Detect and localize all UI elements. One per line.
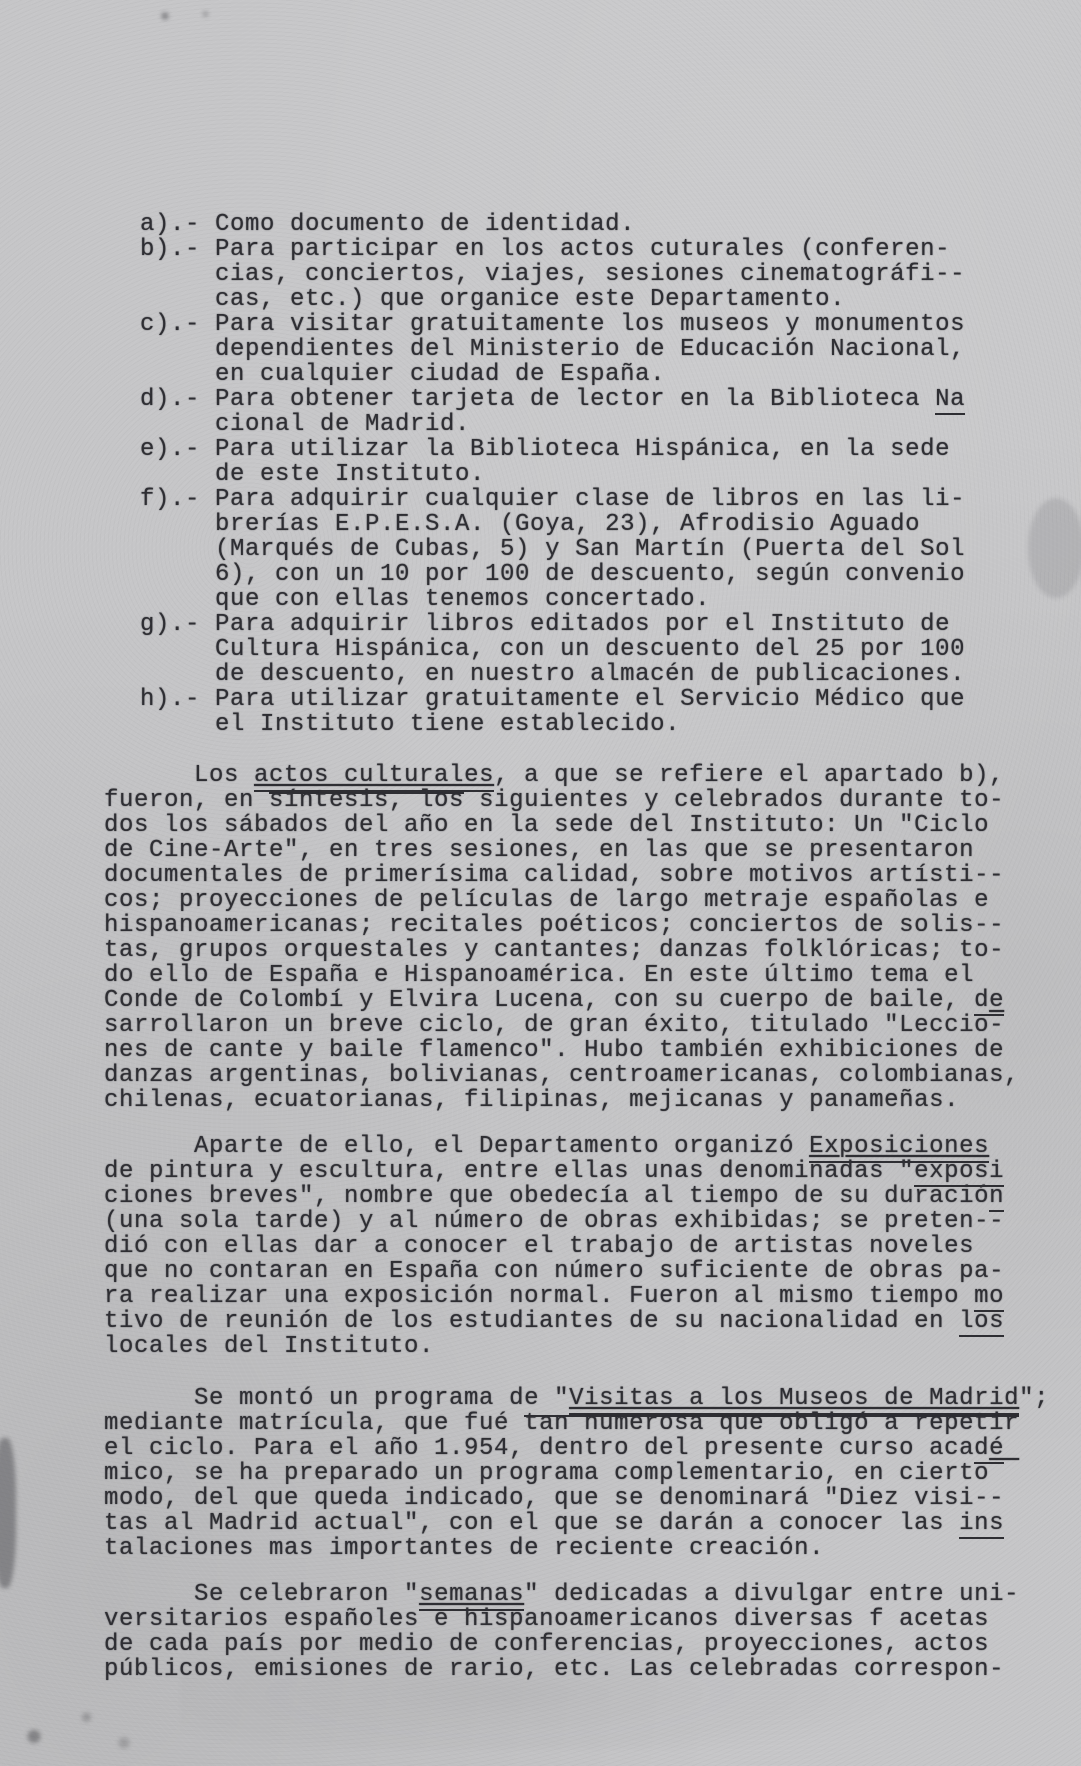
text-line: mico, se ha preparado un programa comple… <box>104 1461 1081 1486</box>
text-segment: el Instituto tiene establecido. <box>140 711 680 738</box>
text-segment: modo, del que queda indicado, que se den… <box>104 1485 1004 1512</box>
marked-text: tan numerosa que obligó a repetir <box>524 1410 1019 1437</box>
text-segment: tas, grupos orquestales y cantantes; dan… <box>104 937 1004 964</box>
text-line: Conde de Colombí y Elvira Lucena, con su… <box>104 988 1081 1013</box>
text-line: públicos, emisiones de rario, etc. Las c… <box>104 1657 1081 1682</box>
text-line: dos los sábados del año en la sede del I… <box>104 813 1081 838</box>
text-line: de pintura y escultura, entre ellas unas… <box>104 1159 1081 1184</box>
text-segment: Se celebraron " <box>104 1581 419 1608</box>
text-line: en cualquier ciudad de España. <box>140 362 1081 387</box>
text-line: Cultura Hispánica, con un descuento del … <box>140 637 1081 662</box>
text-line: que con ellas tenemos concertado. <box>140 587 1081 612</box>
text-segment: de Cine-Arte", en tres sesiones, en las … <box>104 837 974 864</box>
text-line: de este Instituto. <box>140 462 1081 487</box>
text-line: g).- Para adquirir libros editados por e… <box>140 612 1081 637</box>
text-segment: de este Instituto. <box>140 461 485 488</box>
text-segment: (una sola tarde) y al número de obras ex… <box>104 1208 1004 1235</box>
text-line: cas, etc.) que organice este Departament… <box>140 287 1081 312</box>
text-line: el Instituto tiene establecido. <box>140 712 1081 737</box>
text-segment: talaciones mas importantes de reciente c… <box>104 1535 824 1562</box>
text-line: de descuento, en nuestro almacén de publ… <box>140 662 1081 687</box>
text-segment: " dedicadas a divulgar entre uni- <box>524 1581 1019 1608</box>
text-line: cional de Madrid. <box>140 412 1081 437</box>
text-segment: el ciclo. Para el año 1.954, dentro del … <box>104 1435 974 1462</box>
text-segment: cional de Madrid. <box>140 411 470 438</box>
text-segment: e).- Para utilizar la Biblioteca Hispáni… <box>140 436 950 463</box>
text-segment: cas, etc.) que organice este Departament… <box>140 286 845 313</box>
paragraph-exposiciones: Aparte de ello, el Departamento organizó… <box>104 1134 1081 1359</box>
text-segment: d).- Para obtener tarjeta de lector en l… <box>140 386 935 413</box>
text-segment: fueron, en <box>104 787 269 814</box>
text-line: el ciclo. Para el año 1.954, dentro del … <box>104 1436 1081 1461</box>
text-segment: 6), con un 10 por 100 de descuento, segú… <box>140 561 965 588</box>
text-segment: cias, conciertos, viajes, sesiones cinem… <box>140 261 965 288</box>
text-line: do ello de España e Hispanoamérica. En e… <box>104 963 1081 988</box>
text-segment: Conde de Colombí y Elvira Lucena, con su… <box>104 987 974 1014</box>
text-line: chilenas, ecuatorianas, filipinas, mejic… <box>104 1088 1081 1113</box>
text-line: Los actos culturales, a que se refiere e… <box>104 763 1081 788</box>
text-line: tas al Madrid actual", con el que se dar… <box>104 1511 1081 1536</box>
text-segment: Los <box>104 762 254 789</box>
text-segment: tas al Madrid actual", con el que se dar… <box>104 1510 959 1537</box>
text-segment: sarrollaron un breve ciclo, de gran éxit… <box>104 1012 989 1039</box>
text-segment: hispanoamericanas; recitales poéticos; c… <box>104 912 1004 939</box>
text-segment: ciones breves", nombre que obedecía al t… <box>104 1183 989 1210</box>
text-line: (una sola tarde) y al número de obras ex… <box>104 1209 1081 1234</box>
text-segment: brerías E.P.E.S.A. (Goya, 23), Afrodisio… <box>140 511 920 538</box>
text-segment: dos los sábados del año en la sede del I… <box>104 812 989 839</box>
marked-text: Na <box>935 386 965 415</box>
text-line: fueron, en síntesis, los siguientes y ce… <box>104 788 1081 813</box>
text-segment: Se montó un programa de " <box>104 1385 569 1412</box>
text-segment: tivo de reunión de los estudiantes de su… <box>104 1308 959 1335</box>
text-segment: en cualquier ciudad de España. <box>140 361 665 388</box>
text-line: danzas argentinas, bolivianas, centroame… <box>104 1063 1081 1088</box>
text-segment: danzas argentinas, bolivianas, centroame… <box>104 1062 1019 1089</box>
text-segment: ra realizar una exposición normal. Fuero… <box>104 1283 974 1310</box>
marked-text: - <box>989 1012 1004 1039</box>
text-segment: de descuento, en nuestro almacén de publ… <box>140 661 965 688</box>
paragraph-semanas: Se celebraron "semanas" dedicadas a divu… <box>104 1582 1081 1682</box>
text-line: f).- Para adquirir cualquier clase de li… <box>140 487 1081 512</box>
text-segment: , a que se refiere el apartado b), <box>494 762 1004 789</box>
text-line: tas, grupos orquestales y cantantes; dan… <box>104 938 1081 963</box>
text-line: hispanoamericanas; recitales poéticos; c… <box>104 913 1081 938</box>
benefits-list: a).- Como documento de identidad.b).- Pa… <box>140 212 1081 737</box>
text-segment: mediante matrícula, que fué <box>104 1410 524 1437</box>
text-line: cias, conciertos, viajes, sesiones cinem… <box>140 262 1081 287</box>
text-segment: f).- Para adquirir cualquier clase de li… <box>140 486 965 513</box>
text-line: que no contaran en España con número suf… <box>104 1259 1081 1284</box>
text-segment: que con ellas tenemos concertado. <box>140 586 710 613</box>
text-segment: dió con ellas dar a conocer el trabajo d… <box>104 1233 974 1260</box>
text-segment: "; <box>1019 1385 1049 1412</box>
text-line: talaciones mas importantes de reciente c… <box>104 1536 1081 1561</box>
text-segment: documentales de primerísima calidad, sob… <box>104 862 1004 889</box>
paper-smudge <box>4 1698 154 1762</box>
marked-text <box>989 1460 1019 1487</box>
text-segment: b).- Para participar en los actos cutura… <box>140 236 950 263</box>
text-segment: dependientes del Ministerio de Educación… <box>140 336 965 363</box>
text-line: h).- Para utilizar gratuitamente el Serv… <box>140 687 1081 712</box>
marked-text: síntesis, los <box>269 787 464 814</box>
text-segment: de pintura y escultura, entre ellas unas… <box>104 1158 914 1185</box>
text-line: c).- Para visitar gratuitamente los muse… <box>140 312 1081 337</box>
text-line: e).- Para utilizar la Biblioteca Hispáni… <box>140 437 1081 462</box>
text-line: de cada país por medio de conferencias, … <box>104 1632 1081 1657</box>
text-line: Se celebraron "semanas" dedicadas a divu… <box>104 1582 1081 1607</box>
text-segment: do ello de España e Hispanoamérica. En e… <box>104 962 974 989</box>
text-segment: versitarios españoles e hispanoamericano… <box>104 1606 989 1633</box>
text-line: b).- Para participar en los actos cutura… <box>140 237 1081 262</box>
text-segment: siguientes y celebrados durante to- <box>464 787 1004 814</box>
text-line: mediante matrícula, que fué tan numerosa… <box>104 1411 1081 1436</box>
text-segment: c).- Para visitar gratuitamente los muse… <box>140 311 965 338</box>
text-segment: g).- Para adquirir libros editados por e… <box>140 611 950 638</box>
text-line: locales del Instituto. <box>104 1334 1081 1359</box>
text-line: tivo de reunión de los estudiantes de su… <box>104 1309 1081 1334</box>
text-segment: chilenas, ecuatorianas, filipinas, mejic… <box>104 1087 959 1114</box>
paragraph-visitas: Se montó un programa de "Visitas a los M… <box>104 1386 1081 1561</box>
text-line: dió con ellas dar a conocer el trabajo d… <box>104 1234 1081 1259</box>
text-line: d).- Para obtener tarjeta de lector en l… <box>140 387 1081 412</box>
text-segment: nes de cante y baile flamenco". Hubo tam… <box>104 1037 1004 1064</box>
text-line: a).- Como documento de identidad. <box>140 212 1081 237</box>
text-line: (Marqués de Cubas, 5) y San Martín (Puer… <box>140 537 1081 562</box>
text-line: dependientes del Ministerio de Educación… <box>140 337 1081 362</box>
text-segment: (Marqués de Cubas, 5) y San Martín (Puer… <box>140 536 965 563</box>
text-line: ciones breves", nombre que obedecía al t… <box>104 1184 1081 1209</box>
text-line: Se montó un programa de "Visitas a los M… <box>104 1386 1081 1411</box>
text-segment: que no contaran en España con número suf… <box>104 1258 1004 1285</box>
text-segment: cos; proyecciones de películas de largo … <box>104 887 989 914</box>
text-segment: mico, se ha preparado un programa comple… <box>104 1460 989 1487</box>
document-content: a).- Como documento de identidad.b).- Pa… <box>0 0 1081 1682</box>
text-line: Aparte de ello, el Departamento organizó… <box>104 1134 1081 1159</box>
marked-text: ins <box>959 1510 1004 1539</box>
text-line: brerías E.P.E.S.A. (Goya, 23), Afrodisio… <box>140 512 1081 537</box>
text-line: documentales de primerísima calidad, sob… <box>104 863 1081 888</box>
text-segment: Cultura Hispánica, con un descuento del … <box>140 636 965 663</box>
text-line: sarrollaron un breve ciclo, de gran éxit… <box>104 1013 1081 1038</box>
text-segment: a).- Como documento de identidad. <box>140 211 635 238</box>
marked-text: los <box>959 1308 1004 1337</box>
text-line: ra realizar una exposición normal. Fuero… <box>104 1284 1081 1309</box>
text-line: cos; proyecciones de películas de largo … <box>104 888 1081 913</box>
text-segment: de cada país por medio de conferencias, … <box>104 1631 989 1658</box>
text-segment: públicos, emisiones de rario, etc. Las c… <box>104 1656 1004 1683</box>
paragraph-actos: Los actos culturales, a que se refiere e… <box>104 763 1081 1113</box>
text-line: 6), con un 10 por 100 de descuento, segú… <box>140 562 1081 587</box>
text-segment: Aparte de ello, el Departamento organizó <box>104 1133 809 1160</box>
text-segment: locales del Instituto. <box>104 1333 434 1360</box>
text-line: nes de cante y baile flamenco". Hubo tam… <box>104 1038 1081 1063</box>
text-line: modo, del que queda indicado, que se den… <box>104 1486 1081 1511</box>
typewritten-document-page: a).- Como documento de identidad.b).- Pa… <box>0 0 1081 1766</box>
text-line: versitarios españoles e hispanoamericano… <box>104 1607 1081 1632</box>
text-line: de Cine-Arte", en tres sesiones, en las … <box>104 838 1081 863</box>
text-segment: h).- Para utilizar gratuitamente el Serv… <box>140 686 965 713</box>
